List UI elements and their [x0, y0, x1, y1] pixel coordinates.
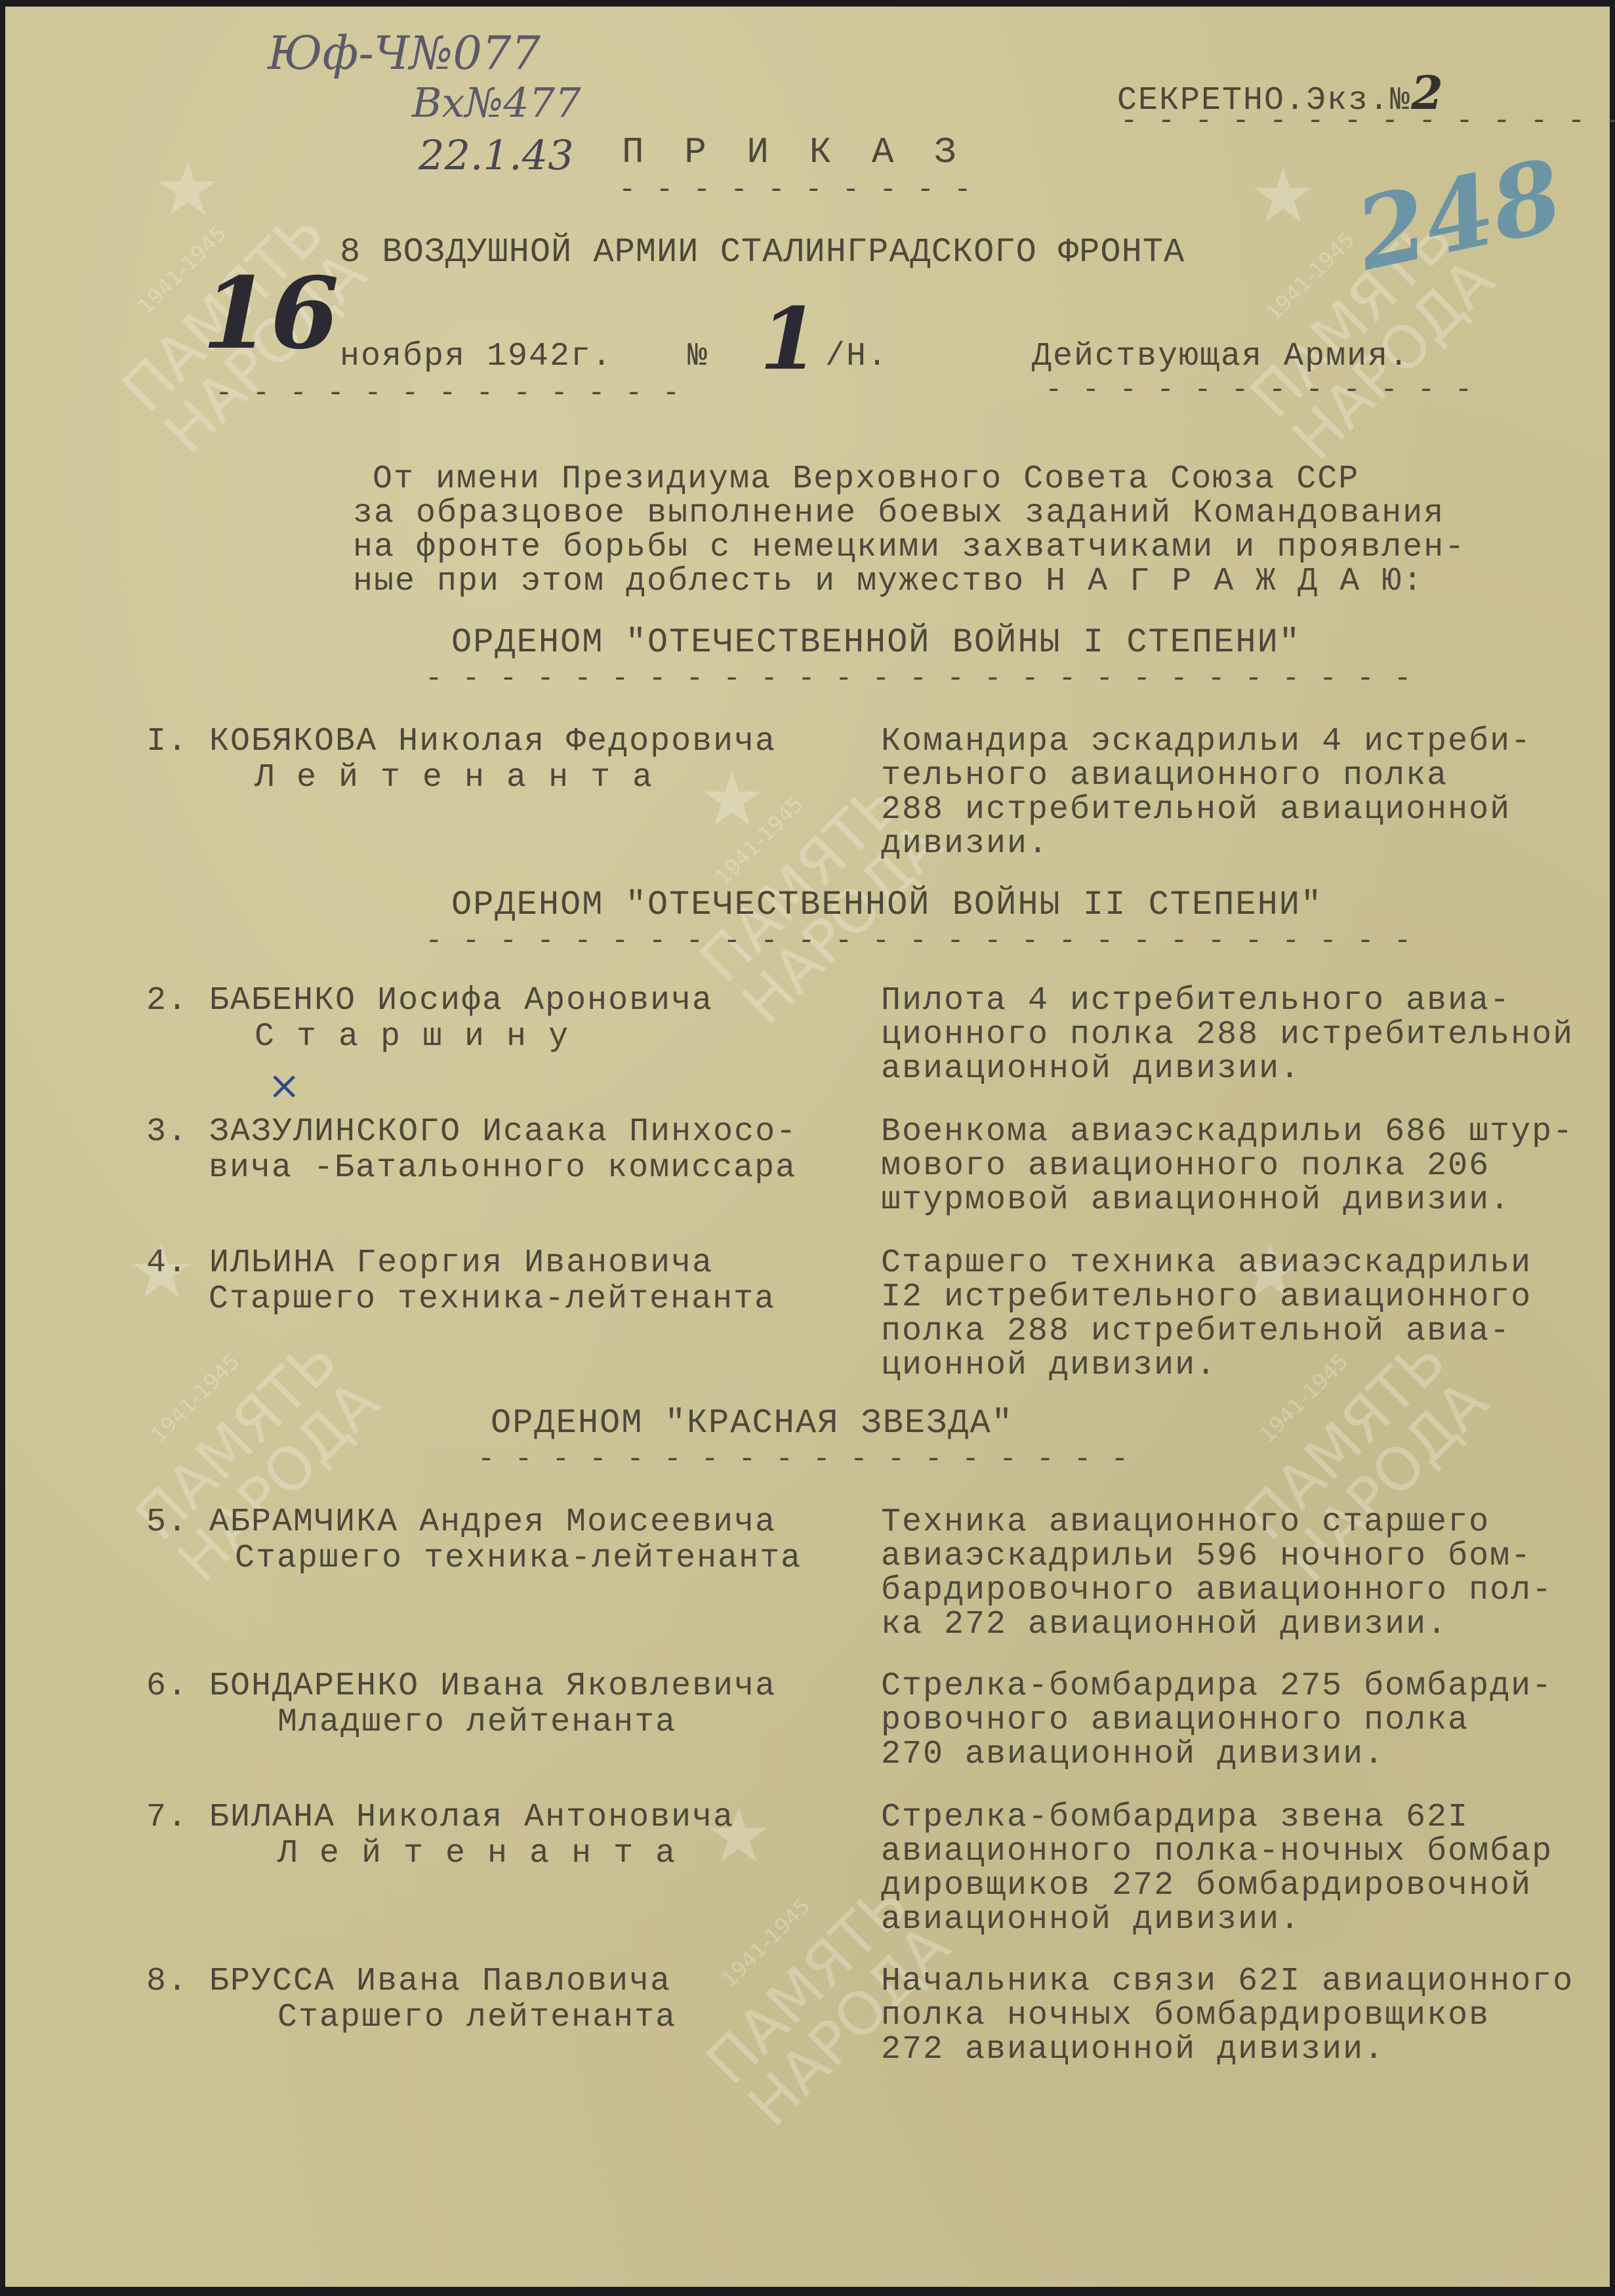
date-month-year: ноября 1942г.	[340, 338, 613, 375]
recipient-name: 7. БИЛАНА Николая Антоновича	[146, 1801, 802, 1835]
handwritten-mark: ×	[268, 1063, 300, 1109]
recipient-position: Стрелка-бомбардира звена 62I авиационног…	[881, 1801, 1576, 1937]
recipient-name: 8. БРУССА Ивана Павловича	[146, 1965, 802, 1999]
location: Действующая Армия.	[1032, 338, 1410, 375]
document-page: ★ ★ ★ ★ ★ ★ 1941-1945ПАМЯТЬНАРОДА 1941-1…	[5, 7, 1610, 2287]
preamble-line: на фронте борьбы с немецкими захватчикам…	[353, 531, 1465, 565]
army-name: 8 ВОЗДУШНОЙ АРМИИ СТАЛИНГРАДСКОГО ФРОНТА	[340, 233, 1185, 272]
divider: - - - - - - - - - - - - - - - - - -	[478, 1443, 1130, 1476]
divider: - - - - - - - - - - - - - - - - - - - - …	[425, 925, 1412, 958]
recipient-position: Стрелка-бомбардира 275 бомбарди- ровочно…	[881, 1670, 1576, 1772]
section-title: ОРДЕНОМ "КРАСНАЯ ЗВЕЗДА"	[491, 1404, 1013, 1443]
preamble-line: за образцовое выполнение боевых заданий …	[353, 497, 1444, 531]
recipient-name: 2. БАБЕНКО Иосифа Ароновича	[146, 984, 802, 1018]
recipient-rank: Старшего техника-лейтенанта	[235, 1540, 802, 1577]
divider: - - - - - - - - - -	[619, 174, 973, 207]
section-title: ОРДЕНОМ "ОТЕЧЕСТВЕННОЙ ВОЙНЫ I СТЕПЕНИ"	[451, 623, 1301, 662]
recipient-rank: вича -Батальонного комиссара	[209, 1149, 796, 1187]
handwritten-day: 16	[202, 256, 339, 371]
document-title: П Р И К А З	[622, 131, 966, 173]
recipient-position: Командира эскадрильи 4 истреби- тельного…	[881, 725, 1576, 861]
recipient-name: I. КОБЯКОВА Николая Федоровича	[146, 725, 802, 759]
recipient-name: 5. АБРАМЧИКА Андрея Моисеевича	[146, 1506, 802, 1540]
handwritten-date: 22.1.43	[419, 131, 574, 179]
order-suffix: /Н.	[825, 338, 888, 375]
order-number-label: №	[687, 338, 708, 375]
handwritten-ref-1: Юф-Ч№077	[268, 26, 541, 80]
recipient-rank: Младшего лейтенанта	[277, 1704, 676, 1741]
recipient-name: 4. ИЛЬИНА Георгия Ивановича	[146, 1246, 802, 1281]
divider: - - - - - - - - - - - - - -	[1120, 105, 1615, 138]
watermark-star-icon: ★	[1252, 125, 1315, 255]
recipient-position: Старшего техника авиаэскадрильи I2 истре…	[881, 1246, 1576, 1383]
recipient-name: 6. БОНДАРЕНКО Ивана Яковлевича	[146, 1670, 802, 1704]
recipient-rank: Старшего лейтенанта	[277, 1999, 676, 2036]
recipient-rank: Старшего техника-лейтенанта	[209, 1281, 775, 1318]
order-number: 1	[760, 289, 819, 389]
preamble-line: ные при этом доблесть и мужество Н А Г Р…	[353, 565, 1423, 599]
recipient-position: Пилота 4 истребительного авиа- ционного …	[881, 984, 1576, 1086]
recipient-rank: Л е й т е н а н т а	[255, 759, 653, 796]
section-title: ОРДЕНОМ "ОТЕЧЕСТВЕННОЙ ВОЙНЫ II СТЕПЕНИ"	[451, 886, 1322, 924]
recipient-position: Начальника связи 62I авиационного полка …	[881, 1965, 1576, 2067]
recipient-position: Военкома авиаэскадрильи 686 штур- мового…	[881, 1115, 1576, 1218]
preamble-line: От имени Президиума Верховного Совета Со…	[373, 462, 1359, 497]
recipient-rank: Л е й т е н а н т а	[277, 1835, 676, 1872]
registration-stamp: 248	[1347, 137, 1572, 293]
recipient-position: Техника авиационного старшего авиаэскадр…	[881, 1506, 1576, 1642]
recipient-rank: С т а р ш и н у	[255, 1018, 569, 1056]
divider: - - - - - - - - - - - - -	[215, 377, 681, 410]
divider: - - - - - - - - - - - - - - - - - - - - …	[425, 663, 1412, 695]
handwritten-ref-2: Вх№477	[412, 79, 581, 127]
divider: - - - - - - - - - - - -	[1045, 374, 1473, 407]
watermark-star-icon: ★	[156, 118, 219, 248]
recipient-name: 3. ЗАЗУЛИНСКОГО Исаака Пинхосо-	[146, 1115, 802, 1149]
